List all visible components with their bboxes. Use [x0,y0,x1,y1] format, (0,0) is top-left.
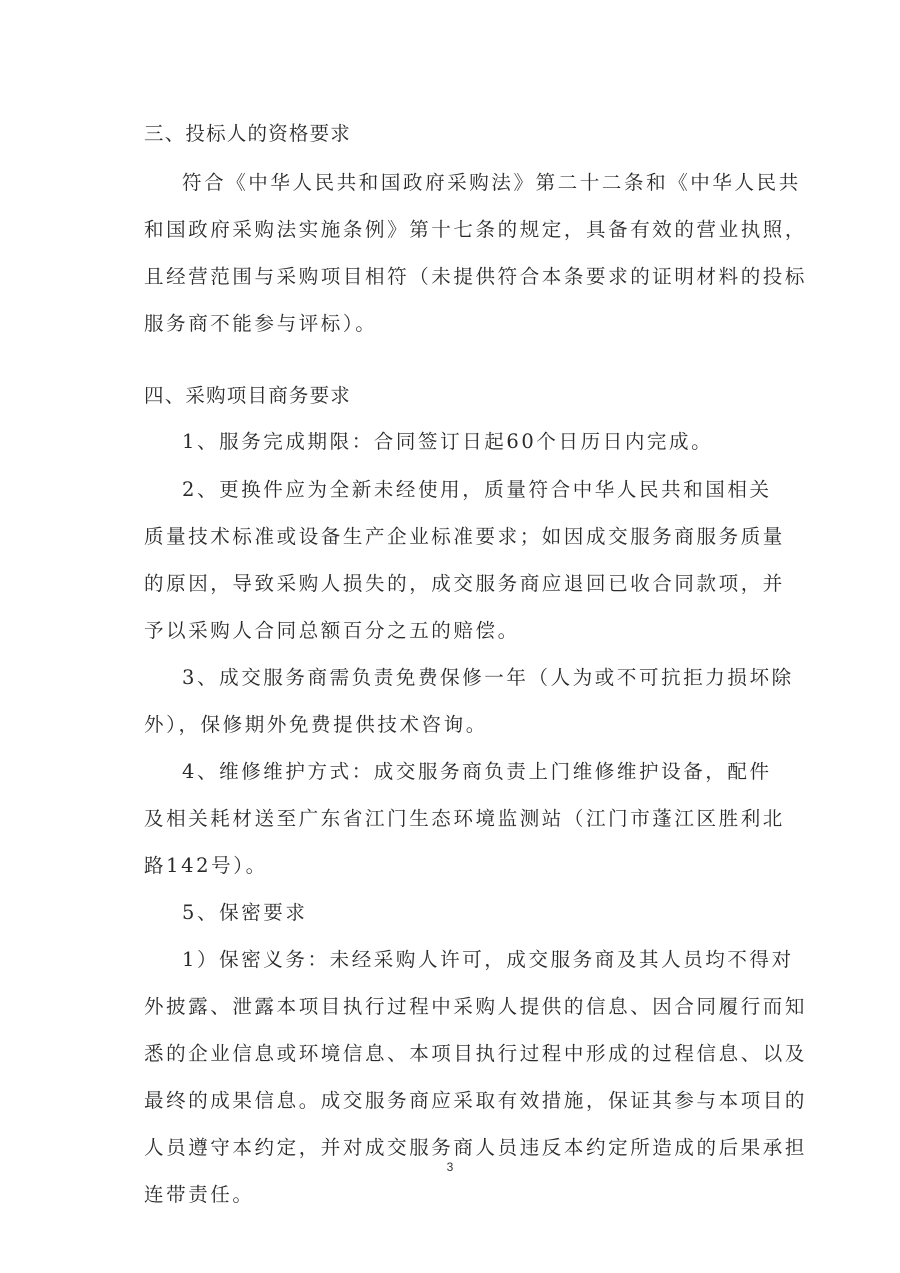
list-item-line: 的原因，导致采购人损失的，成交服务商应退回已收合同款项，并 [144,572,785,596]
list-item-line: 外），保修期外免费提供技术咨询。 [144,713,488,737]
list-item-line: 予以采购人合同总额百分之五的赔偿。 [144,619,520,643]
list-item-line: 5、保密要求 [182,901,308,925]
paragraph-line: 符合《中华人民共和国政府采购法》第二十二条和《中华人民共 [182,171,801,195]
list-item-line: 1）保密义务：未经采购人许可，成交服务商及其人员均不得对 [182,948,794,972]
paragraph-line: 和国政府采购法实施条例》第十七条的规定，具备有效的营业执照， [144,218,807,242]
section-heading: 四、采购项目商务要求 [144,384,351,408]
list-item-line: 外披露、泄露本项目执行过程中采购人提供的信息、因合同履行而知 [144,995,807,1019]
list-item-line: 路142号）。 [144,854,268,878]
list-item-line: 最终的成果信息。成交服务商应采取有效措施，保证其参与本项目的 [144,1089,807,1113]
list-item-line: 2、更换件应为全新未经使用，质量符合中华人民共和国相关 [182,478,772,502]
list-item-line: 质量技术标准或设备生产企业标准要求；如因成交服务商服务质量 [144,525,785,549]
list-item-line: 及相关耗材送至广东省江门生态环境监测站（江门市蓬江区胜利北 [144,807,785,831]
paragraph-line: 服务商不能参与评标）。 [144,312,377,336]
list-item-line: 4、维修维护方式：成交服务商负责上门维修维护设备，配件 [182,760,772,784]
paragraph-line: 且经营范围与采购项目相符（未提供符合本条要求的证明材料的投标 [144,265,807,289]
list-item-line: 1、服务完成期限：合同签订日起60个日历日内完成。 [182,430,713,454]
list-item-line: 3、成交服务商需负责免费保修一年（人为或不可抗拒力损坏除 [182,666,794,690]
page-number: 3 [0,1160,900,1174]
list-item-line: 悉的企业信息或环境信息、本项目执行过程中形成的过程信息、以及 [144,1042,807,1066]
section-heading: 三、投标人的资格要求 [144,122,351,146]
list-item-line: 连带责任。 [144,1183,255,1207]
list-item-line: 人员遵守本约定，并对成交服务商人员违反本约定所造成的后果承担 [144,1136,807,1160]
